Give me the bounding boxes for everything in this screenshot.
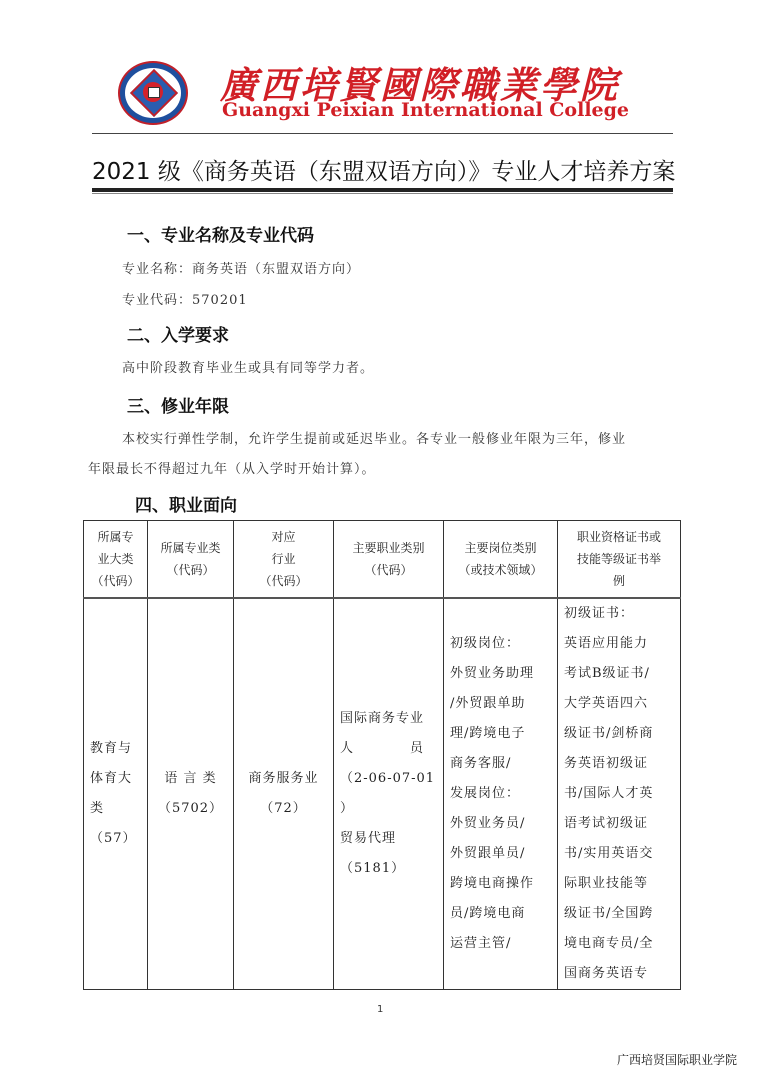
book-icon [148,87,160,98]
admission-text: 高中阶段教育毕业生或具有同等学力者。 [122,357,374,376]
document-title: 2021 级《商务英语（东盟双语方向）》专业人才培养方案 [92,153,692,186]
college-emblem-icon [118,61,188,125]
table-row: 教育与 体育大 类（57） 语 言 类 （5702） 商务服务业 （72） 国际… [84,598,681,990]
footer-college-name: 广西培贤国际职业学院 [617,1051,737,1068]
title-divider [92,188,673,192]
cell-certificates: 初级证书： 英语应用能力 考试B级证书/ 大学英语四六 级证书/剑桥商 务英语初… [558,598,681,990]
cell-major-class: 语 言 类 （5702） [148,598,234,990]
major-name-line: 专业名称：商务英语（东盟双语方向） [122,258,360,277]
duration-text-line2: 年限最长不得超过九年（从入学时开始计算）。 [88,458,376,477]
career-orientation-table: 所属专 业大类 （代码） 所属专业类 （代码） 对应 行业 （代码） 主要职业类… [83,520,681,990]
cell-industry: 商务服务业 （72） [234,598,334,990]
table-header-row: 所属专 业大类 （代码） 所属专业类 （代码） 对应 行业 （代码） 主要职业类… [84,521,681,599]
college-header: 廣西培賢國際職業學院 Guangxi Peixian International… [90,55,673,135]
cell-positions: 初级岗位： 外贸业务助理 /外贸跟单助 理/跨境电子 商务客服/ 发展岗位： 外… [444,598,558,990]
header-divider [92,133,673,134]
cell-occupation: 国际商务专业 人 员 （2-06-07-01 ） 贸易代理 （5181） [334,598,444,990]
cell-major-category: 教育与 体育大 类（57） [84,598,148,990]
title-divider-thin [92,193,673,194]
header-certificates: 职业资格证书或 技能等级证书举 例 [558,521,681,599]
major-code-line: 专业代码：570201 [122,289,248,308]
header-positions: 主要岗位类别 （或技术领域） [444,521,558,599]
college-name-en: Guangxi Peixian International College [222,99,629,121]
page-number: 1 [377,1004,383,1015]
section-heading-2: 二、入学要求 [127,321,229,346]
header-industry: 对应 行业 （代码） [234,521,334,599]
section-heading-4: 四、职业面向 [135,491,237,516]
duration-text-line1: 本校实行弹性学制，允许学生提前或延迟毕业。各专业一般修业年限为三年，修业 [122,428,626,447]
header-major-class: 所属专业类 （代码） [148,521,234,599]
section-heading-3: 三、修业年限 [127,392,229,417]
header-occupation: 主要职业类别 （代码） [334,521,444,599]
section-heading-1: 一、专业名称及专业代码 [127,221,314,246]
header-major-category: 所属专 业大类 （代码） [84,521,148,599]
